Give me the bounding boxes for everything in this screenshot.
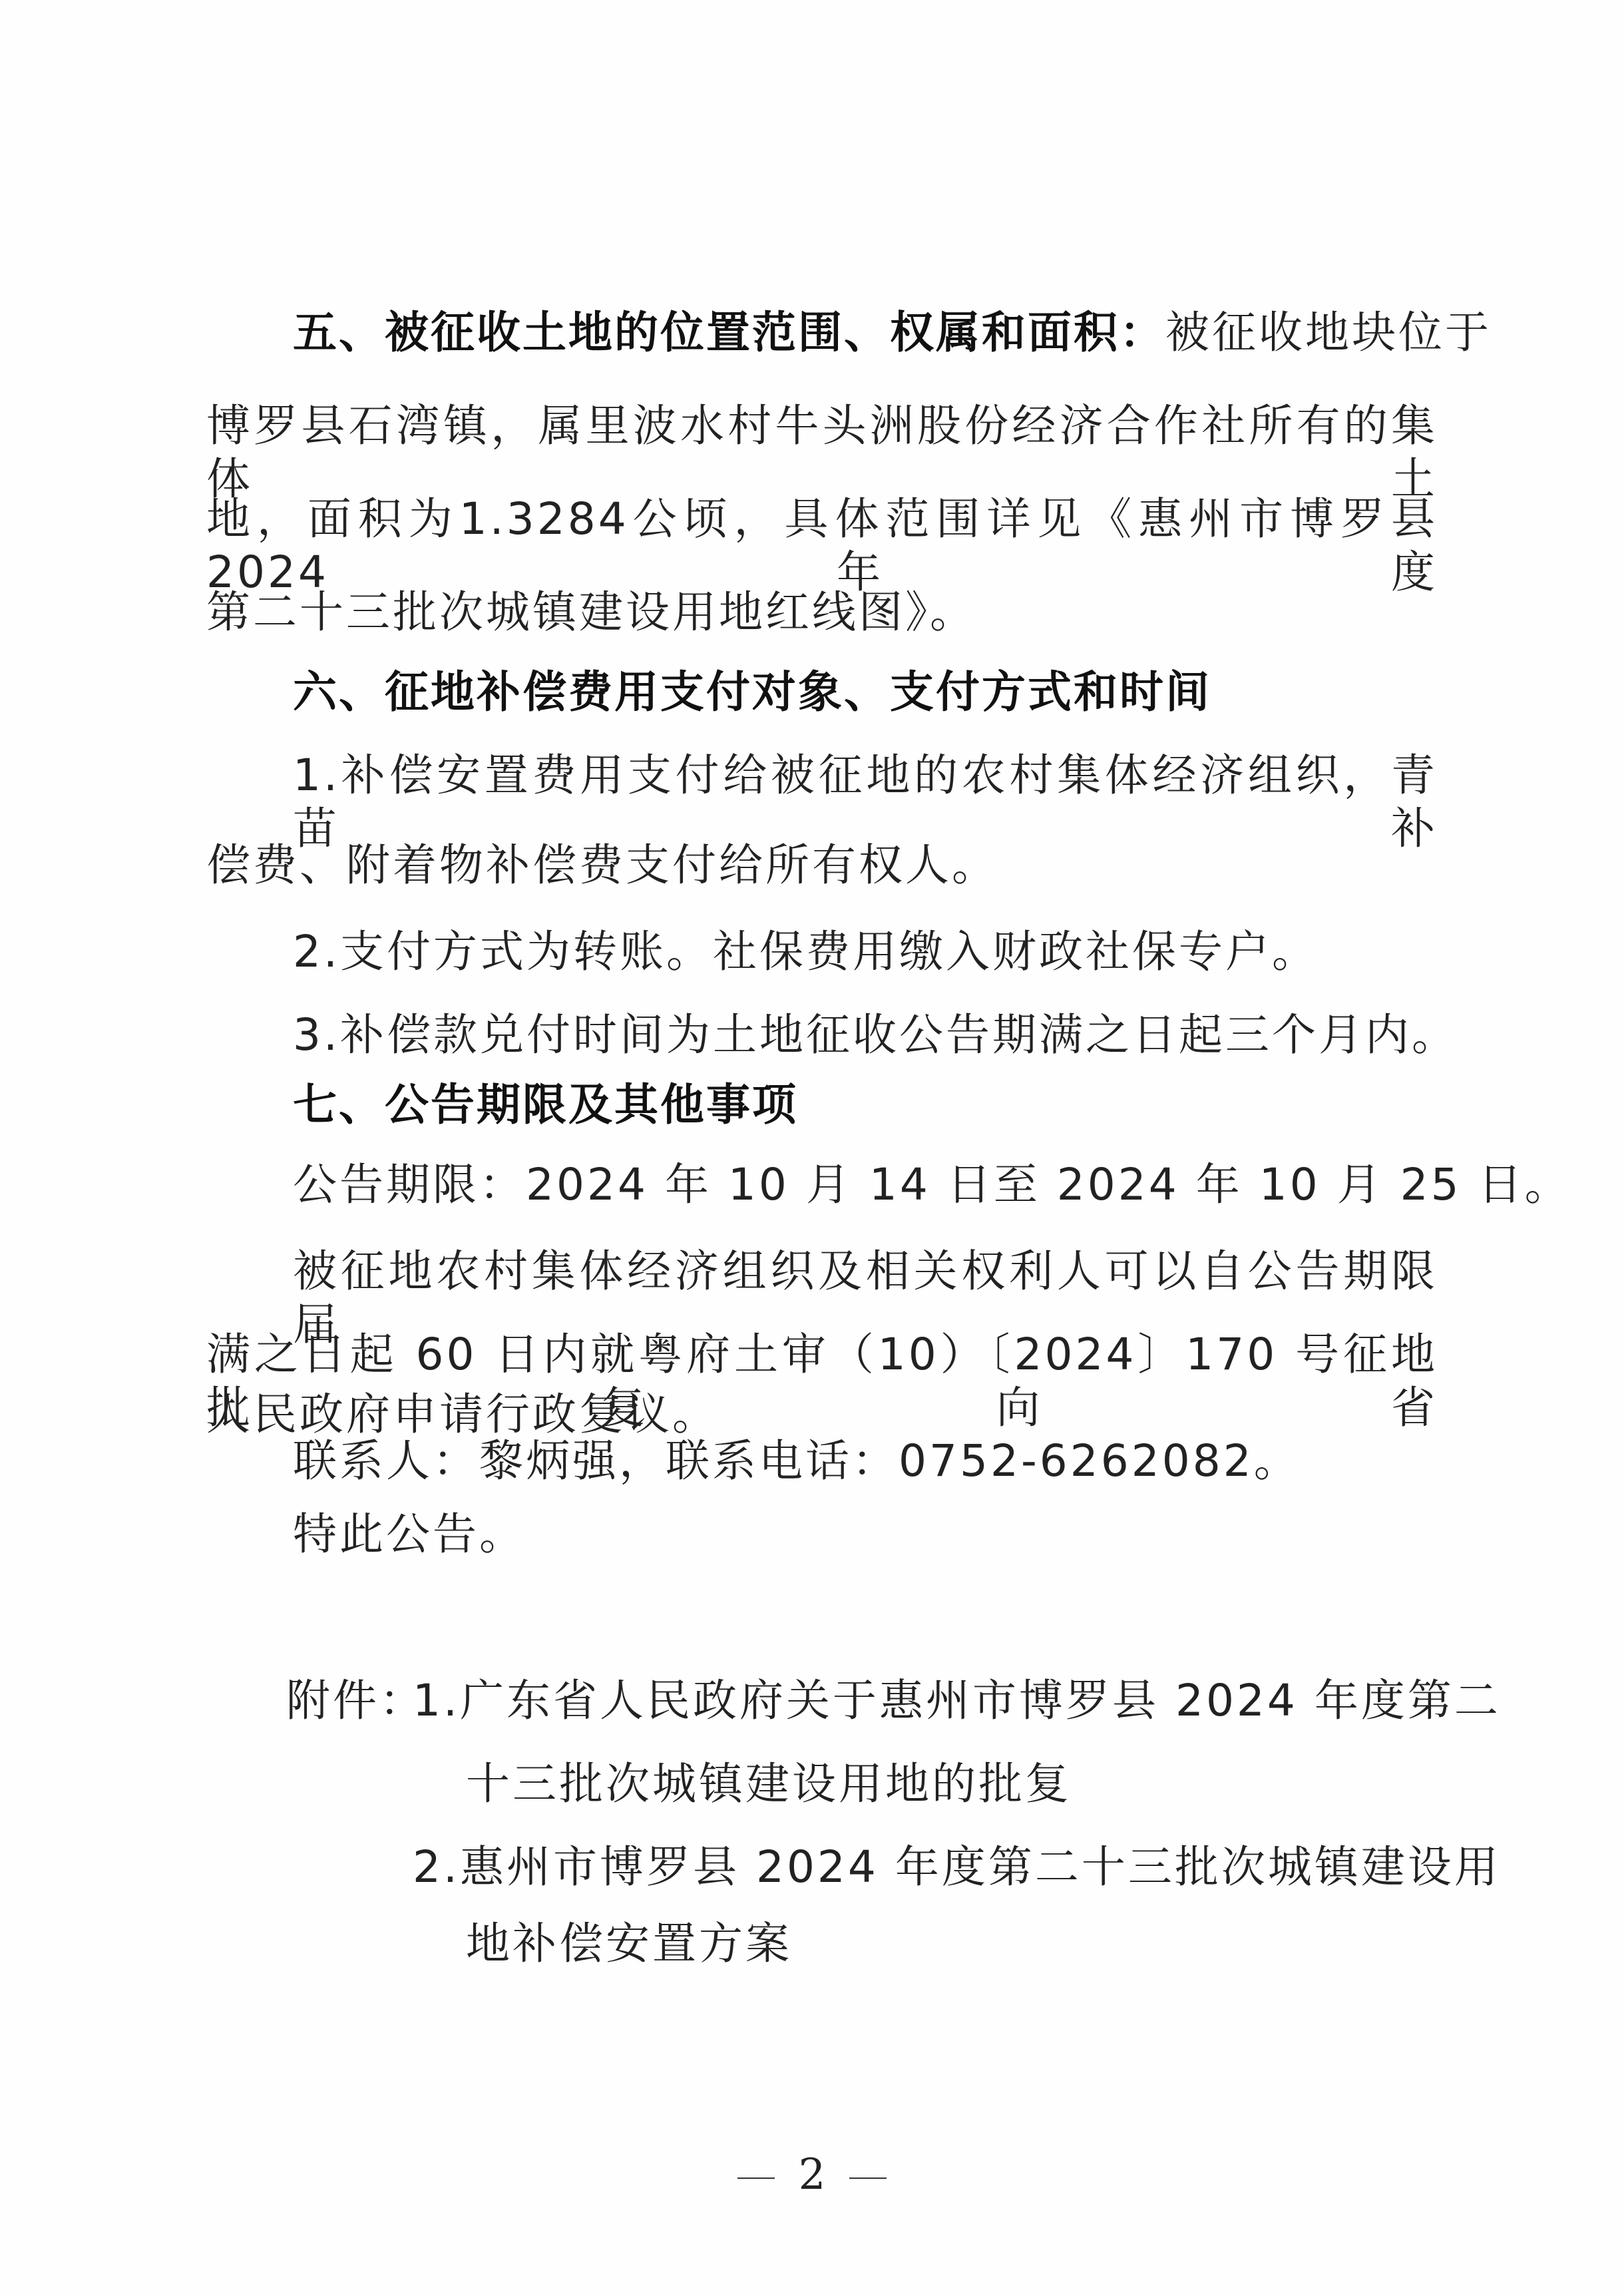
contact-info: 联系人：黎炳强，联系电话：0752-6262082。 bbox=[293, 1435, 1524, 1488]
closing-statement: 特此公告。 bbox=[293, 1508, 1524, 1561]
section7-heading: 七、公告期限及其他事项 bbox=[293, 1078, 1524, 1132]
document-page: 五、被征收土地的位置范围、权属和面积：被征收地块位于 博罗县石湾镇，属里波水村牛… bbox=[0, 0, 1624, 2296]
page-number: 2 bbox=[0, 2150, 1624, 2199]
section6-item3: 3.补偿款兑付时间为土地征收公告期满之日起三个月内。 bbox=[293, 1009, 1524, 1062]
section6-heading: 六、征地补偿费用支付对象、支付方式和时间 bbox=[293, 666, 1524, 719]
dash-left bbox=[737, 2178, 775, 2179]
attachment-1-line2: 十三批次城镇建设用地的批复 bbox=[466, 1757, 1624, 1811]
review-line3: 人民政府申请行政复议。 bbox=[206, 1388, 1438, 1441]
attachment-2-line2: 地补偿安置方案 bbox=[466, 1917, 1624, 1970]
page-number-value: 2 bbox=[799, 2150, 826, 2199]
section5-line1-text: 被征收地块位于 bbox=[1165, 307, 1492, 358]
section6-item2: 2.支付方式为转账。社保费用缴入财政社保专户。 bbox=[293, 925, 1524, 979]
attachment-1-line1: 1.广东省人民政府关于惠州市博罗县 2024 年度第二 bbox=[413, 1674, 1624, 1727]
announcement-period: 公告期限：2024 年 10 月 14 日至 2024 年 10 月 25 日。 bbox=[293, 1158, 1524, 1212]
section5-line4: 第二十三批次城镇建设用地红线图》。 bbox=[206, 586, 1438, 639]
section5-line2: 博罗县石湾镇，属里波水村牛头洲股份经济合作社所有的集体土 bbox=[206, 399, 1438, 506]
section5-line1: 五、被征收土地的位置范围、权属和面积：被征收地块位于 bbox=[293, 306, 1524, 359]
dash-right bbox=[849, 2178, 887, 2179]
section5-line3: 地，面积为1.3284公顷，具体范围详见《惠州市博罗县2024年度 bbox=[206, 493, 1438, 599]
section5-heading: 五、被征收土地的位置范围、权属和面积： bbox=[293, 307, 1165, 358]
attachment-2-line1: 2.惠州市博罗县 2024 年度第二十三批次城镇建设用 bbox=[413, 1841, 1624, 1894]
section6-item1-line2: 偿费、附着物补偿费支付给所有权人。 bbox=[206, 839, 1438, 892]
